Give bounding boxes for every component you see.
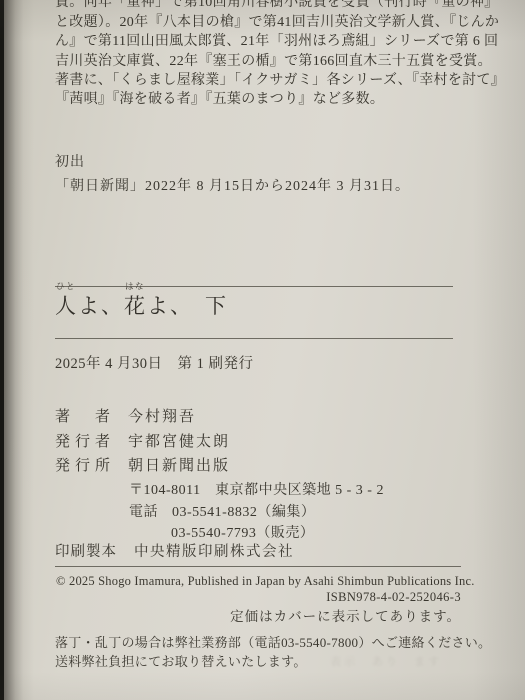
credit-row-author: 著者今村翔吾 (55, 405, 196, 426)
credit-row-publisher-company: 発行所朝日新聞出版 (55, 454, 230, 475)
divider-rule-title-bottom (55, 338, 453, 339)
page-gutter-shadow (4, 0, 34, 700)
publisher-phone-editorial-row: 電話03-5541-8832（編集） (129, 501, 315, 521)
title-base-hito: 人 (55, 294, 78, 318)
credit-value-publisher-company: 朝日新聞出版 (128, 458, 230, 474)
credit-label-author: 著者 (55, 405, 111, 426)
book-colophon-page-photo: 賞。同年「童神」で第10回角川春樹小説賞を受賞（刊行時『童の神』 と改題）。20… (0, 0, 525, 700)
bio-line: 著書に、「くらまし屋稼業」「イクサガミ」各シリーズ、『幸村を討て』 (55, 71, 483, 90)
furigana-hito: ひと (56, 280, 76, 292)
price-note: 定価はカバーに表示してあります。 (55, 605, 461, 625)
printing-row: 印刷製本中央精版印刷株式会社 (55, 540, 294, 561)
title-char-hana: はな花 (124, 290, 147, 320)
page-showthrough-ghost-text: 表示 あり ます (330, 653, 442, 669)
credit-row-publisher-person: 発行者宇都宮健太朗 (55, 430, 230, 451)
publisher-address: 〒104-8011 東京都中央区築地 5 - 3 - 2 (129, 479, 384, 499)
first-publication-detail: 「朝日新聞」2022年 8 月15日から2024年 3 月31日。 (55, 175, 410, 195)
title-char-hito: ひと人 (55, 290, 78, 320)
bio-line: と改題）。20年『八本目の槍』で第41回吉川英治文学新人賞、『じんか (55, 13, 483, 32)
defect-notice-line2: 送料弊社負担にてお取り替えいたします。 (55, 651, 307, 670)
book-title: ひと人よ、はな花よ、下 (55, 290, 228, 320)
credit-label-publisher-person: 発行者 (55, 430, 111, 451)
furigana-hana: はな (125, 280, 145, 292)
phone-label: 電話 (129, 505, 158, 520)
credit-label-publisher-company: 発行所 (55, 454, 111, 475)
first-publication-label: 初出 (55, 151, 85, 171)
printing-label: 印刷製本 (55, 544, 117, 560)
phone-editorial: 03-5541-8832（編集） (172, 505, 315, 520)
defect-notice-line1: 落丁・乱丁の場合は弊社業務部（電話03-5540-7800）へご連絡ください。 (55, 632, 491, 651)
credit-value-author: 今村翔吾 (128, 409, 196, 425)
copyright-line: © 2025 Shogo Imamura, Published in Japan… (56, 574, 475, 589)
bio-line: 吉川英治文庫賞、22年『塞王の楯』で第166回直木三十五賞を受賞。 (55, 52, 483, 71)
phone-sales: 03-5540-7793（販売） (171, 522, 314, 542)
divider-rule-colophon (55, 566, 461, 567)
bio-line: 賞。同年「童神」で第10回角川春樹小説賞を受賞（刊行時『童の神』 (55, 0, 483, 12)
title-volume: 下 (205, 294, 228, 318)
edition-date-line: 2025年 4 月30日 第 1 刷発行 (55, 352, 254, 373)
title-base-hana: 花 (124, 294, 147, 318)
isbn-number: ISBN978-4-02-252046-3 (55, 590, 461, 605)
printing-company: 中央精版印刷株式会社 (134, 544, 294, 560)
bio-line: ん』で第11回山田風太郎賞、21年「羽州ほろ鳶組」シリーズで第 6 回 (55, 32, 483, 51)
title-yo2: よ、 (147, 294, 193, 318)
bio-line: 『茜唄』『海を破る者』『五葉のまつり』など多数。 (55, 90, 483, 109)
credit-value-publisher-person: 宇都宮健太朗 (128, 434, 230, 450)
title-yo1: よ、 (78, 294, 124, 318)
divider-rule-top (55, 286, 453, 287)
